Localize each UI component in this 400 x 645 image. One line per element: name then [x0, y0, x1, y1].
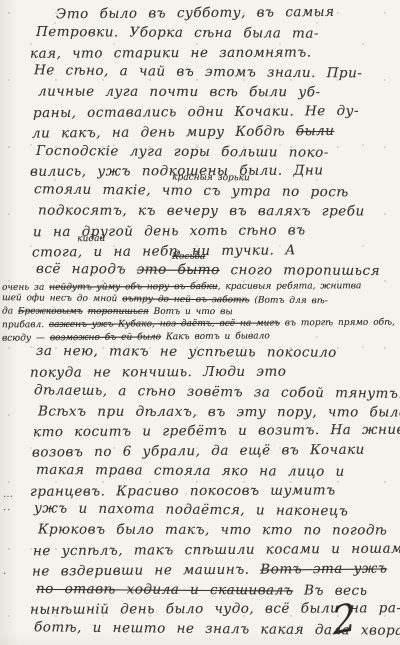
struck-text: по отавѣ ходила и скашивалъ: [36, 581, 293, 599]
interlinear-insert: Косьба: [172, 253, 205, 262]
handwritten-text: сного торопишься: [220, 262, 380, 279]
handwritten-text: покуда не кончишь. Люди это: [30, 364, 286, 381]
manuscript-line: Господскіе луга горы больши поко-: [30, 141, 394, 163]
handwritten-text: и на другой день хоть сѣно въ: [33, 222, 306, 240]
struck-text: это быто: [137, 262, 220, 279]
handwritten-text: стояли такіе, что съ утра по росѣ: [34, 181, 349, 200]
handwritten-text: шей офи несъ до мной: [2, 293, 122, 304]
manuscript-line: красныя зорькистояли такіе, что съ утра …: [30, 180, 394, 203]
handwritten-text: Въ весь: [293, 582, 367, 598]
margin-mark: ·: [3, 565, 7, 585]
handwritten-text: личные луга почти всѣ были уб-: [38, 84, 321, 101]
handwritten-text: , красивыя ребята, жнитва: [218, 281, 362, 292]
manuscript-line: покуда не кончишь. Люди это: [30, 362, 394, 383]
handwritten-text: прибавл.: [2, 320, 49, 330]
manuscript-line: Всѣхъ при дѣлахъ, въ эту пору, что было: [30, 402, 394, 423]
handwritten-text: Всѣхъ при дѣлахъ, въ эту пору, что было: [38, 403, 400, 420]
handwritten-text: Это было въ субботу, въ самыя: [56, 4, 335, 22]
manuscript-line: не успѣлъ, такъ спѣшили косами и ношами: [30, 540, 394, 562]
handwritten-text: кто коситъ и гребётъ и возитъ. На жнивьѣ: [33, 422, 400, 441]
handwritten-text: дѣлаешь, а сѣно зовётъ за собой тянутъ.: [34, 382, 400, 402]
handwritten-text: такая трава стояла яко на лицо и: [36, 462, 345, 480]
handwritten-text: Вотъ и что вы: [149, 307, 233, 317]
struck-text: были: [296, 123, 335, 139]
manuscript-line: Это было въ субботу, въ самыя: [30, 2, 394, 25]
handwritten-text: Какъ вотъ и бывало: [161, 331, 270, 342]
handwritten-text: Не сѣно, а чай въ этомъ знали. При-: [34, 63, 363, 82]
handwritten-text: за нею, такъ не успѣешь покосило: [36, 343, 337, 361]
manuscript-line: раны, оставались одни Кочаки. Не ду-: [30, 102, 394, 124]
manuscript-line: Косьбавсё народъ это быто сного торопишь…: [30, 260, 394, 282]
struck-text: Брежковымъ: [18, 306, 83, 316]
manuscript-line: дѣлаешь, а сѣно зовётъ за собой тянутъ.: [30, 381, 394, 404]
page-number: 2: [330, 594, 358, 643]
manuscript-line: за нею, такъ не успѣешь покосило: [30, 342, 394, 364]
manuscript-line: Крюковъ было такъ, что кто по погодѣ: [30, 521, 394, 542]
manuscript-line: такая трава стояла яко на лицо и: [30, 461, 394, 483]
handwritten-text: подкосятъ, къ вечеру въ валяхъ греби: [38, 203, 365, 220]
manuscript-line: ·не вздеривши не машинъ. Вотъ эта ужъ: [30, 559, 394, 582]
handwritten-text: ли какъ, на день миру Кобдѣ: [32, 123, 296, 141]
handwritten-text: ужъ и пахота подаётся, и наконецъ: [34, 501, 348, 520]
handwritten-text: гранцевъ. Красиво покосовъ шумитъ: [30, 482, 336, 499]
handwritten-text: кая, что старики не запомнятъ.: [30, 44, 312, 61]
handwritten-text: стога, и на небѣ ни тучки. А: [32, 242, 296, 260]
handwritten-text: Господскіе луга горы больши поко-: [36, 143, 329, 161]
manuscript-text: Это было въ субботу, въ самыяПетровки. У…: [0, 0, 400, 640]
handwritten-text: Петровки. Уборка сѣна была та-: [36, 24, 319, 42]
handwritten-text: (Вотъ для вѣ-: [249, 295, 327, 306]
handwritten-text: Крюковъ было такъ, что кто по погодѣ: [38, 522, 387, 539]
manuscript-line: ли какъ, на день миру Кобдѣ были: [30, 121, 394, 144]
handwritten-text: въ торгѣ прямо обѣ,: [280, 318, 395, 329]
handwritten-text: да: [2, 306, 18, 316]
interlinear-insert: красныя зорьки: [172, 174, 250, 184]
manuscript-line: возовъ по 6 убрали, да ещё въ Кочаки: [30, 441, 394, 464]
handwritten-text: не успѣлъ, такъ спѣшили косами и ношами: [33, 541, 400, 560]
interlinear-insert: кидай: [77, 234, 105, 243]
struck-text: вътру до ней въ заботѣ: [122, 294, 249, 305]
handwritten-text: раны, оставались одни Кочаки. Не ду-: [33, 103, 359, 121]
margin-mark: ··: [3, 501, 12, 521]
handwritten-text: возовъ по 6 убрали, да ещё въ Кочаки: [32, 442, 365, 461]
manuscript-line: ··ужъ и пахота подаётся, и наконецъ: [30, 500, 394, 523]
manuscript-line: личные луга почти всѣ были уб-: [30, 83, 394, 104]
manuscript-line: Не сѣно, а чай въ этомъ знали. При-: [30, 62, 394, 85]
manuscript-line: подкосятъ, къ вечеру въ валяхъ греби: [30, 201, 394, 222]
handwritten-text: не вздеривши не машинъ.: [32, 561, 260, 579]
manuscript-line: Петровки. Уборка сѣна была та-: [30, 23, 394, 45]
struck-text: Вотъ эта ужъ: [260, 560, 387, 577]
handwritten-text: всё народъ: [36, 261, 137, 278]
struck-text: важенъ ужъ Кубако, ноз даётъ, всё на миг…: [49, 319, 280, 331]
struck-text: нейдутъ уйму объ нору въ бабки: [49, 282, 218, 293]
struck-text: торопишься: [88, 307, 149, 317]
